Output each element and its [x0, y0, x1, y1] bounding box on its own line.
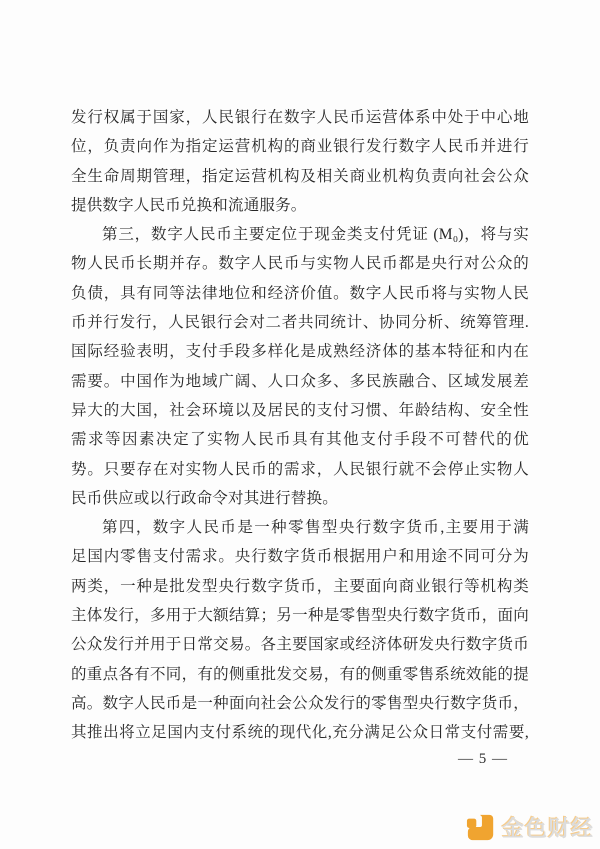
text-line: 发行权属于国家，人民银行在数字人民币运营体系中处于中心地	[71, 103, 529, 132]
text-line: 公众发行并用于日常交易。各主要国家或经济体研发央行数字货币	[71, 630, 529, 659]
text-line: 需求等因素决定了实物人民币具有其他支付手段不可替代的优	[71, 425, 529, 454]
watermark-brand-text: 金色财经	[502, 812, 594, 843]
text-line: 物人民币长期并存。数字人民币与实物人民币都是央行对公众的	[71, 249, 529, 278]
document-page: 发行权属于国家，人民银行在数字人民币运营体系中处于中心地位，负责向作为指定运营机…	[0, 0, 600, 849]
jinse-finance-logo-icon	[466, 811, 496, 843]
text-line: 国际经验表明，支付手段多样化是成熟经济体的基本特征和内在	[71, 337, 529, 366]
text-line: 民币供应或以行政命令对其进行替换。	[71, 484, 529, 513]
text-line: 需要。中国作为地域广阔、人口众多、多民族融合、区域发展差	[71, 367, 529, 396]
text-line: 的重点各有不同，有的侧重批发交易，有的侧重零售系统效能的提	[71, 660, 529, 689]
watermark: 金色财经	[466, 811, 594, 843]
text-line: 提供数字人民币兑换和流通服务。	[71, 191, 529, 220]
text-line: 第三，数字人民币主要定位于现金类支付凭证 (M₀)，将与实	[71, 220, 529, 249]
text-line: 负债，具有同等法律地位和经济价值。数字人民币将与实物人民	[71, 279, 529, 308]
text-line: 高。数字人民币是一种面向社会公众发行的零售型央行数字货币，	[71, 689, 529, 718]
text-line: 币并行发行，人民银行会对二者共同统计、协同分析、统筹管理.	[71, 308, 529, 337]
text-line: 两类，一种是批发型央行数字货币，主要面向商业银行等机构类	[71, 572, 529, 601]
text-line: 异大的大国，社会环境以及居民的支付习惯、年龄结构、安全性	[71, 396, 529, 425]
text-line: 足国内零售支付需求。央行数字货币根据用户和用途不同可分为	[71, 542, 529, 571]
text-line: 其推出将立足国内支付系统的现代化,充分满足公众日常支付需要,	[71, 718, 529, 747]
document-text: 发行权属于国家，人民银行在数字人民币运营体系中处于中心地位，负责向作为指定运营机…	[71, 103, 529, 748]
text-line: 第四，数字人民币是一种零售型央行数字货币,主要用于满	[71, 513, 529, 542]
text-line: 主体发行，多用于大额结算；另一种是零售型央行数字货币，面向	[71, 601, 529, 630]
text-line: 势。只要存在对实物人民币的需求，人民银行就不会停止实物人	[71, 455, 529, 484]
text-line: 位，负责向作为指定运营机构的商业银行发行数字人民币并进行	[71, 132, 529, 161]
text-line: 全生命周期管理，指定运营机构及相关商业机构负责向社会公众	[71, 162, 529, 191]
page-number: — 5 —	[458, 751, 508, 768]
